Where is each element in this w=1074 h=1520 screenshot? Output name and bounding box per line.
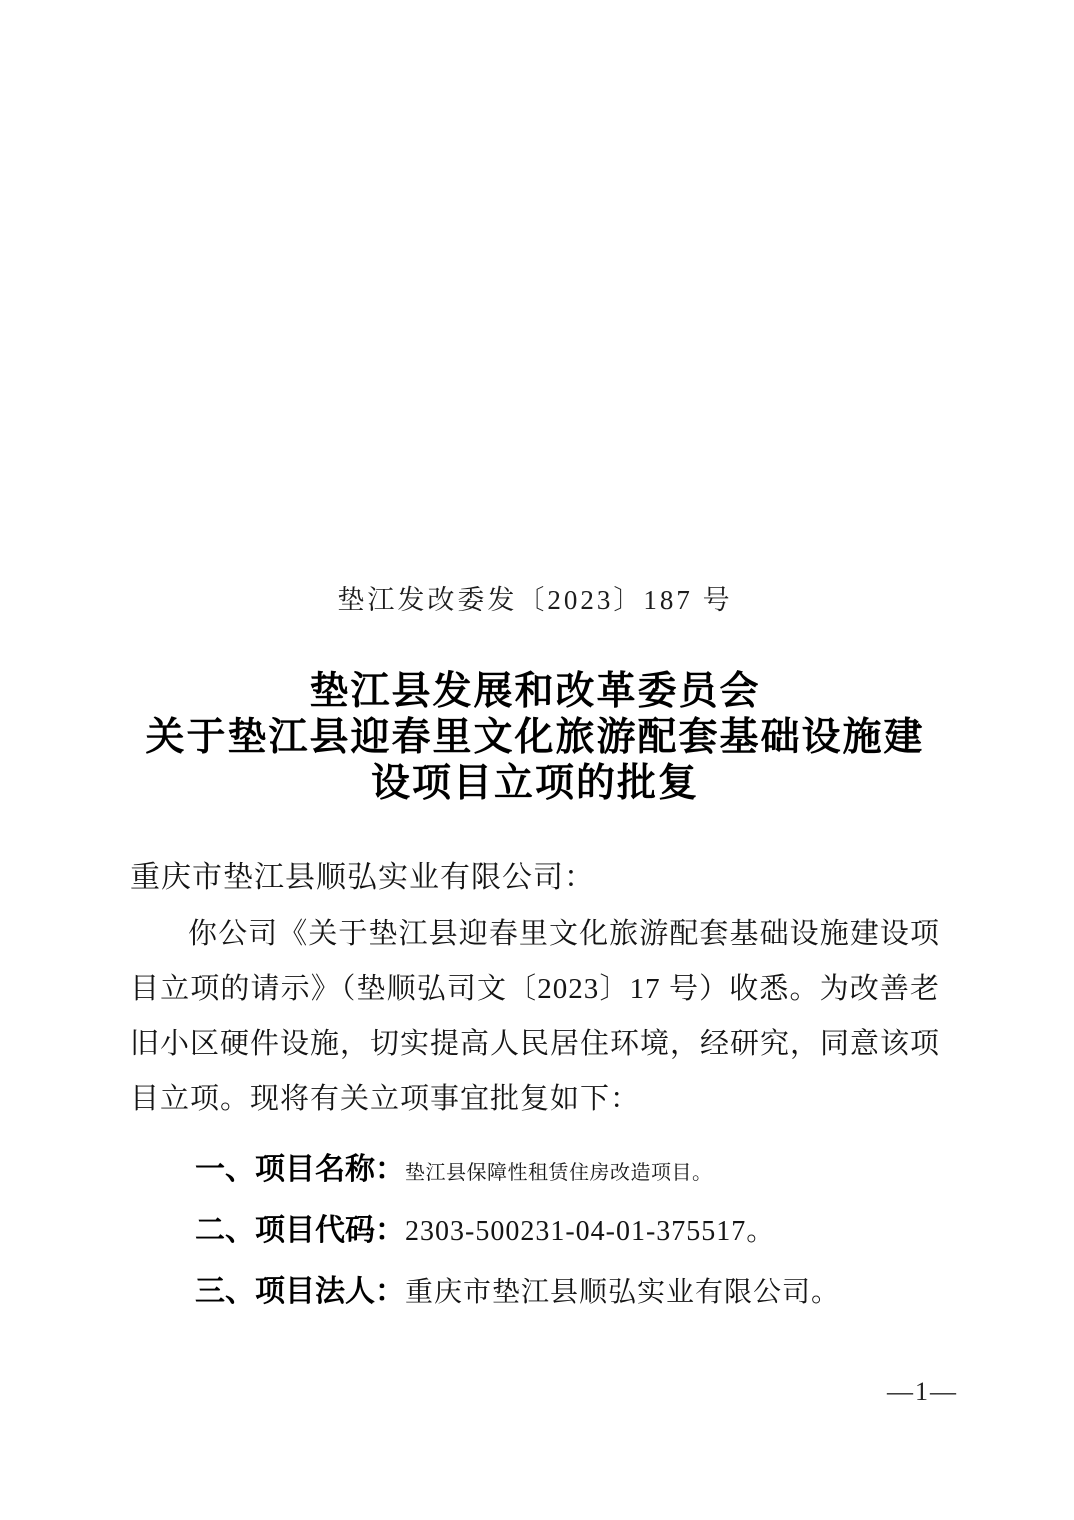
official-document-page: 垫江发改委发〔2023〕187 号 垫江县发展和改革委员会 关于垫江县迎春里文化…	[0, 0, 1074, 1520]
page-number: —1—	[887, 1377, 958, 1407]
addressee: 重庆市垫江县顺弘实业有限公司：	[130, 859, 940, 897]
item-project-name: 一、项目名称：垫江县保障性租赁住房改造项目。	[195, 1152, 940, 1193]
item-project-code: 二、项目代码：2303-500231-04-01-375517。	[195, 1213, 940, 1254]
title-line-subject-1: 关于垫江县迎春里文化旅游配套基础设施建	[130, 715, 940, 761]
item-project-code-label: 二、项目代码：	[195, 1214, 405, 1247]
title-line-subject-2: 设项目立项的批复	[130, 761, 940, 807]
approval-items-list: 一、项目名称：垫江县保障性租赁住房改造项目。 二、项目代码：2303-50023…	[130, 1152, 940, 1315]
body-paragraph: 你公司《关于垫江县迎春里文化旅游配套基础设施建设项目立项的请示》（垫顺弘司文〔2…	[130, 907, 940, 1127]
item-project-code-value: 2303-500231-04-01-375517。	[405, 1216, 775, 1247]
item-legal-entity: 三、项目法人：重庆市垫江县顺弘实业有限公司。	[195, 1274, 940, 1315]
item-legal-entity-value: 重庆市垫江县顺弘实业有限公司。	[405, 1277, 840, 1308]
document-reference-number: 垫江发改委发〔2023〕187 号	[130, 583, 940, 617]
item-project-name-value: 垫江县保障性租赁住房改造项目。	[405, 1162, 713, 1184]
item-project-name-label: 一、项目名称：	[195, 1153, 405, 1186]
item-legal-entity-label: 三、项目法人：	[195, 1275, 405, 1308]
document-title: 垫江县发展和改革委员会 关于垫江县迎春里文化旅游配套基础设施建 设项目立项的批复	[130, 669, 940, 807]
title-line-authority: 垫江县发展和改革委员会	[130, 669, 940, 715]
